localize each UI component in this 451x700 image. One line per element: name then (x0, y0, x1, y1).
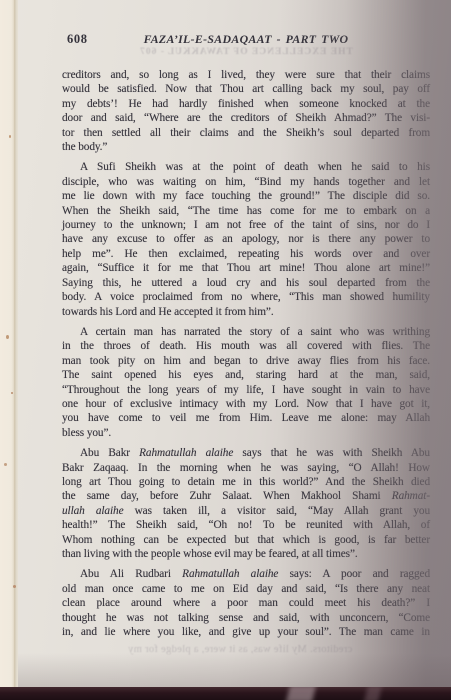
text-line: tor then settled all their claims and th… (62, 126, 430, 140)
text-line: than living with the people whose evil m… (62, 547, 430, 561)
page-header: 608 FAZA’IL-E-SADAQAAT - PART TWO (62, 32, 430, 48)
text-segment: A Sufi Sheikh was at the point of death … (80, 161, 430, 173)
text-segment: you have come to veil me from Him. Leave… (62, 412, 430, 424)
honorific-italic: ullah alaihe (62, 505, 123, 517)
bleed-through-header: THE EXCELLENCE OF TAWAKKUL - 607 (62, 47, 430, 57)
text-segment: have any excuse to offer as an apology, … (62, 233, 430, 245)
text-segment: towards his Lord and He accepted it from… (62, 306, 274, 318)
text-segment: door and said, “Where are the creditors … (62, 112, 430, 124)
paragraph: Abu Ali Rudbari Rahmatullah alaihe says:… (62, 567, 430, 639)
bottom-page-shadow (0, 653, 451, 687)
text-line: you have come to veil me from Him. Leave… (62, 411, 430, 425)
text-line: creditors and, so long as I lived, they … (62, 68, 430, 82)
text-segment: The saint opened his eyes and, staring h… (62, 369, 430, 381)
text-segment: creditors and, so long as I lived, they … (62, 69, 430, 81)
text-line: Abu Ali Rudbari Rahmatullah alaihe says:… (62, 567, 430, 581)
text-line: thought he was not talking sense and sai… (62, 611, 430, 625)
text-line: me lie down with my face touching the gr… (62, 189, 430, 203)
desk-edge (0, 687, 451, 700)
text-line: towards his Lord and He accepted it from… (62, 305, 430, 319)
text-segment: would be satisfied. Now that Thou art ca… (62, 83, 430, 95)
text-line: have any excuse to offer as an apology, … (62, 232, 430, 246)
text-line: would be satisfied. Now that Thou art ca… (62, 82, 430, 96)
text-line: Whom nothing can be expected but that wh… (62, 533, 430, 547)
text-line: in the throes of death. His mouth was al… (62, 339, 430, 353)
text-segment: man took pity on him and began to drive … (62, 355, 430, 367)
page-number: 608 (67, 32, 88, 47)
text-segment: old man once came to me on Eid day and s… (62, 583, 430, 595)
text-segment: me lie down with my face touching the gr… (62, 190, 430, 202)
text-line: my debts’! He had hardly finished when s… (62, 97, 430, 111)
text-segment: the body.” (62, 141, 107, 153)
text-segment: Whom nothing can be expected but that wh… (62, 534, 430, 546)
text-segment: A certain man has narrated the story of … (80, 326, 430, 338)
text-segment: was taken ill, a visitor said, “May Alla… (123, 505, 430, 517)
text-line: man took pity on him and began to drive … (62, 354, 430, 368)
text-segment: clean place around where a poor man coul… (62, 597, 430, 609)
text-segment: Abu Bakr (80, 447, 139, 459)
text-line: “Throughout the long years of my life, I… (62, 383, 430, 397)
honorific-italic: Rahmatullah alaihe (139, 447, 233, 459)
text-segment: disciple, who was waiting on him, “Bind … (62, 176, 430, 188)
text-line: When the Sheikh said, “The time has come… (62, 204, 430, 218)
text-line: health!” The Sheikh said, “Oh no! To be … (62, 518, 430, 532)
text-line: old man once came to me on Eid day and s… (62, 582, 430, 596)
scanned-book-page: 608 FAZA’IL-E-SADAQAAT - PART TWO THE EX… (0, 0, 451, 700)
text-line: Abu Bakr Rahmatullah alaihe says that he… (62, 446, 430, 460)
text-line: Bakr Zaqaaq. In the morning when he was … (62, 461, 430, 475)
text-block: creditors and, so long as I lived, they … (62, 68, 430, 639)
text-segment: Saying this, he uttered a loud cry and h… (62, 277, 430, 289)
paragraph: A certain man has narrated the story of … (62, 325, 430, 440)
bleed-through-footer: creditors. My life was, as it were, a pl… (90, 644, 390, 655)
paragraph: Abu Bakr Rahmatullah alaihe says that he… (62, 446, 430, 561)
text-segment: body. A voice proclaimed from no where, … (62, 291, 430, 303)
desk-reflection (364, 687, 382, 700)
foxing-speck (4, 463, 7, 466)
text-line: bless you”. (62, 426, 430, 440)
text-segment: in the throes of death. His mouth was al… (62, 340, 430, 352)
foxing-speck (6, 335, 9, 339)
text-line: ullah alaihe was taken ill, a visitor sa… (62, 504, 430, 518)
running-title: FAZA’IL-E-SADAQAAT - PART TWO (62, 32, 430, 47)
text-line: help me”. He then exclaimed, repeating h… (62, 247, 430, 261)
text-line: long art Thou going to detain me in this… (62, 475, 430, 489)
text-segment: long art Thou going to detain me in this… (62, 476, 430, 488)
paragraph: creditors and, so long as I lived, they … (62, 68, 430, 154)
text-segment: bless you”. (62, 427, 111, 439)
text-line: again, “Suffice it for me that Thou art … (62, 261, 430, 275)
foxing-speck (11, 392, 13, 394)
text-line: journey to the unknown; I am not free of… (62, 218, 430, 232)
text-segment: again, “Suffice it for me that Thou art … (62, 262, 430, 274)
text-line: in, and lie where you like, and give up … (62, 625, 430, 639)
text-segment: tor then settled all their claims and th… (62, 127, 430, 139)
text-segment: Abu Ali Rudbari (80, 568, 182, 580)
text-segment: says that he was with Sheikh Abu (233, 447, 430, 459)
text-segment: journey to the unknown; I am not free of… (62, 219, 430, 231)
text-segment: Bakr Zaqaaq. In the morning when he was … (62, 462, 430, 474)
text-line: disciple, who was waiting on him, “Bind … (62, 175, 430, 189)
text-line: The saint opened his eyes and, staring h… (62, 368, 430, 382)
text-line: clean place around where a poor man coul… (62, 596, 430, 610)
text-segment: health!” The Sheikh said, “Oh no! To be … (62, 519, 430, 531)
text-segment: says: A poor and ragged (278, 568, 430, 580)
page-content: 608 FAZA’IL-E-SADAQAAT - PART TWO THE EX… (62, 32, 430, 645)
text-segment: my debts’! He had hardly finished when s… (62, 98, 430, 110)
text-line: the body.” (62, 140, 430, 154)
text-segment: in, and lie where you like, and give up … (62, 626, 430, 638)
text-segment: “Throughout the long years of my life, I… (62, 384, 430, 396)
text-line: the same day, before Zuhr Salaat. When M… (62, 489, 430, 503)
text-line: door and said, “Where are the creditors … (62, 111, 430, 125)
text-line: Saying this, he uttered a loud cry and h… (62, 276, 430, 290)
text-segment: When the Sheikh said, “The time has come… (62, 205, 430, 217)
text-segment: thought he was not talking sense and sai… (62, 612, 430, 624)
text-segment: one hour of exclusive intimacy with my L… (62, 398, 430, 410)
text-segment: than living with the people whose evil m… (62, 548, 358, 560)
text-line: body. A voice proclaimed from no where, … (62, 290, 430, 304)
text-segment: the same day, before Zuhr Salaat. When M… (62, 490, 392, 502)
foxing-speck (9, 135, 11, 138)
text-segment: help me”. He then exclaimed, repeating h… (62, 248, 430, 260)
honorific-italic: Rahmat- (392, 490, 430, 502)
text-line: A Sufi Sheikh was at the point of death … (62, 160, 430, 174)
honorific-italic: Rahmatullah alaihe (182, 568, 278, 580)
desk-reflection (286, 687, 316, 700)
foxing-speck (13, 585, 16, 588)
paragraph: A Sufi Sheikh was at the point of death … (62, 160, 430, 318)
text-line: one hour of exclusive intimacy with my L… (62, 397, 430, 411)
text-line: A certain man has narrated the story of … (62, 325, 430, 339)
